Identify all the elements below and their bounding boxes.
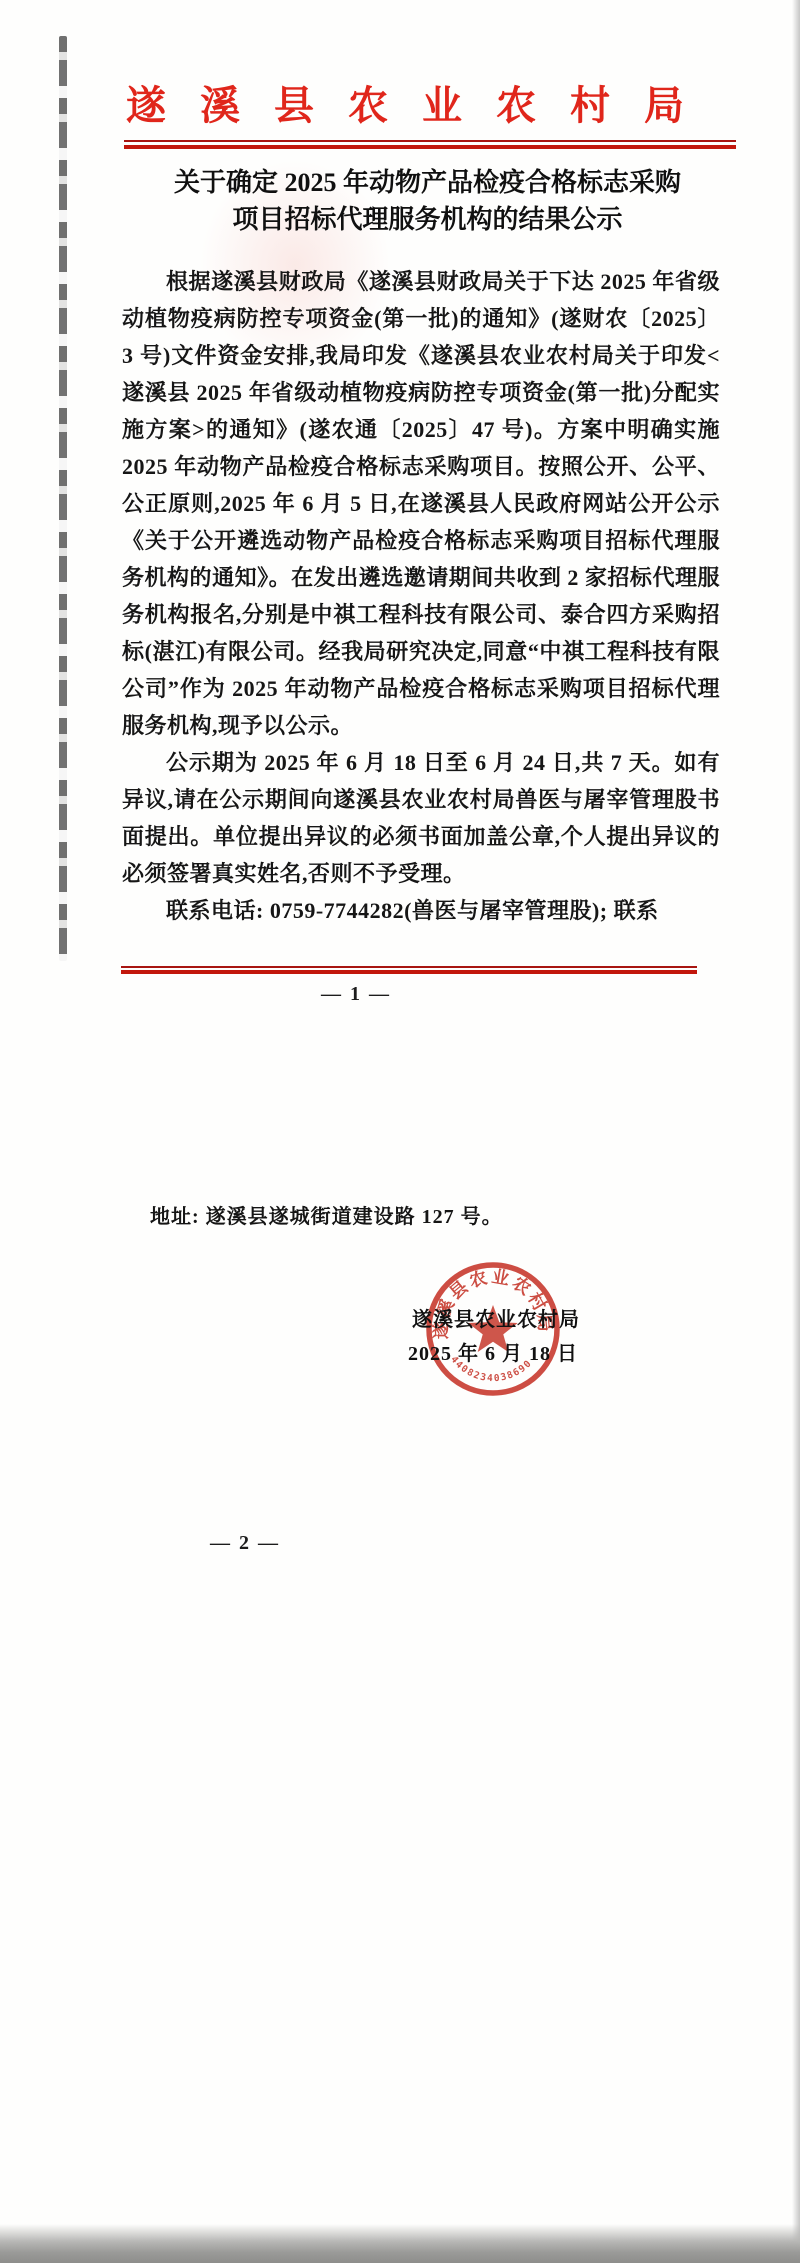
scan-bottom-edge-shadow [0, 2224, 800, 2263]
header-divider-thick-line [124, 145, 736, 149]
document-title: 关于确定 2025 年动物产品检疫合格标志采购 项目招标代理服务机构的结果公示 [120, 164, 735, 238]
body-paragraph-3: 联系电话: 0759-7744282(兽医与屠宰管理股); 联系 [122, 892, 720, 929]
agency-header: 遂溪县农业农村局 [70, 74, 740, 131]
footer-divider-thin-line [121, 966, 697, 968]
page-number-2: — 2 — [120, 1532, 370, 1555]
scan-right-edge-shadow [792, 0, 800, 2263]
document-title-line2: 项目招标代理服务机构的结果公示 [232, 205, 622, 234]
page-number-1: — 1 — [121, 983, 591, 1006]
document-title-line1: 关于确定 2025 年动物产品检疫合格标志采购 [174, 168, 681, 197]
scanned-document: 遂溪县农业农村局 关于确定 2025 年动物产品检疫合格标志采购 项目招标代理服… [0, 0, 800, 2263]
body-paragraph-2: 公示期为 2025 年 6 月 18 日至 6 月 24 日,共 7 天。如有异… [122, 744, 720, 892]
scan-left-shadow-streak [59, 36, 67, 961]
footer-divider-thick-line [121, 970, 697, 974]
header-divider-thin-line [124, 140, 736, 142]
signature-date: 2025 年 6 月 18 日 [408, 1337, 578, 1366]
signature-org: 遂溪县农业农村局 [412, 1303, 580, 1332]
document-body: 根据遂溪县财政局《遂溪县财政局关于下达 2025 年省级动植物疫病防控专项资金(… [122, 263, 720, 929]
body-paragraph-1: 根据遂溪县财政局《遂溪县财政局关于下达 2025 年省级动植物疫病防控专项资金(… [122, 263, 720, 744]
address-line: 地址: 遂溪县遂城街道建设路 127 号。 [150, 1200, 503, 1229]
